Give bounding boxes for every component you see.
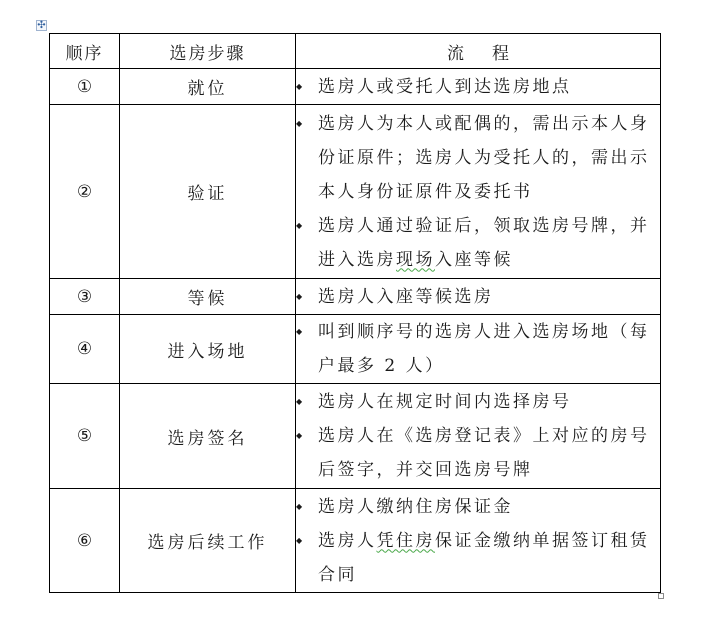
header-flow: 流程 (296, 34, 661, 69)
table-resize-handle[interactable] (658, 593, 664, 599)
selection-procedure-table: 顺序 选房步骤 流程 ① 就位 ◆ 选房人或受托人到达选房地点 ② 验证 ◆ 选… (49, 33, 661, 593)
spellcheck-marked-text[interactable]: 现场 (396, 250, 435, 270)
flow-bullet-text: 选房人为本人或配偶的，需出示本人身份证原件；选房人为受托人的，需出示本人身份证原… (318, 107, 660, 209)
flow-cell: ◆ 选房人入座等候选房 (296, 279, 661, 315)
table-header-row: 顺序 选房步骤 流程 (50, 34, 661, 69)
text-segment: 选房人 (318, 531, 377, 551)
step-cell: 验证 (120, 105, 296, 279)
flow-cell: ◆ 选房人或受托人到达选房地点 (296, 69, 661, 105)
flow-bullet-text: 选房人或受托人到达选房地点 (318, 70, 660, 104)
step-cell: 就位 (120, 69, 296, 105)
order-cell: ⑥ (50, 489, 120, 593)
step-cell: 选房签名 (120, 384, 296, 489)
flow-bullet: ◆ 选房人入座等候选房 (296, 280, 660, 314)
flow-bullet: ◆ 选房人缴纳住房保证金 (296, 490, 660, 524)
flow-bullet-text: 选房人缴纳住房保证金 (318, 490, 660, 524)
flow-bullet-text: 选房人凭住房保证金缴纳单据签订租赁合同 (318, 524, 660, 592)
header-step: 选房步骤 (120, 34, 296, 69)
table-row: ⑥ 选房后续工作 ◆ 选房人缴纳住房保证金 ◆ 选房人凭住房保证金缴纳单据签订租… (50, 489, 661, 593)
flow-bullet: ◆ 选房人在规定时间内选择房号 (296, 385, 660, 419)
step-cell: 等候 (120, 279, 296, 315)
flow-bullet: ◆ 选房人为本人或配偶的，需出示本人身份证原件；选房人为受托人的，需出示本人身份… (296, 107, 660, 209)
text-segment: 入座等候 (435, 250, 513, 270)
flow-bullet: ◆ 叫到顺序号的选房人进入选房场地（每户最多 2 人） (296, 315, 660, 383)
table-row: ① 就位 ◆ 选房人或受托人到达选房地点 (50, 69, 661, 105)
diamond-bullet-icon: ◆ (296, 280, 318, 314)
flow-bullet: ◆ 选房人或受托人到达选房地点 (296, 70, 660, 104)
table-move-handle-icon[interactable]: ✣ (36, 20, 47, 31)
table-row: ⑤ 选房签名 ◆ 选房人在规定时间内选择房号 ◆ 选房人在《选房登记表》上对应的… (50, 384, 661, 489)
flow-cell: ◆ 叫到顺序号的选房人进入选房场地（每户最多 2 人） (296, 315, 661, 384)
order-cell: ① (50, 69, 120, 105)
diamond-bullet-icon: ◆ (296, 385, 318, 419)
flow-bullet-text: 选房人通过验证后，领取选房号牌，并进入选房现场入座等候 (318, 209, 660, 277)
diamond-bullet-icon: ◆ (296, 315, 318, 349)
flow-bullet-text: 叫到顺序号的选房人进入选房场地（每户最多 2 人） (318, 315, 660, 383)
flow-bullet: ◆ 选房人凭住房保证金缴纳单据签订租赁合同 (296, 524, 660, 592)
diamond-bullet-icon: ◆ (296, 107, 318, 141)
header-order: 顺序 (50, 34, 120, 69)
flow-cell: ◆ 选房人为本人或配偶的，需出示本人身份证原件；选房人为受托人的，需出示本人身份… (296, 105, 661, 279)
diamond-bullet-icon: ◆ (296, 490, 318, 524)
diamond-bullet-icon: ◆ (296, 70, 318, 104)
order-cell: ② (50, 105, 120, 279)
flow-bullet-text: 选房人在《选房登记表》上对应的房号后签字，并交回选房号牌 (318, 419, 660, 487)
spellcheck-marked-text[interactable]: 凭住房 (377, 531, 436, 551)
order-cell: ⑤ (50, 384, 120, 489)
table-row: ③ 等候 ◆ 选房人入座等候选房 (50, 279, 661, 315)
diamond-bullet-icon: ◆ (296, 524, 318, 558)
table-row: ④ 进入场地 ◆ 叫到顺序号的选房人进入选房场地（每户最多 2 人） (50, 315, 661, 384)
table-row: ② 验证 ◆ 选房人为本人或配偶的，需出示本人身份证原件；选房人为受托人的，需出… (50, 105, 661, 279)
step-cell: 选房后续工作 (120, 489, 296, 593)
flow-bullet: ◆ 选房人通过验证后，领取选房号牌，并进入选房现场入座等候 (296, 209, 660, 277)
header-flow-char-2: 程 (492, 44, 509, 64)
diamond-bullet-icon: ◆ (296, 209, 318, 243)
flow-cell: ◆ 选房人在规定时间内选择房号 ◆ 选房人在《选房登记表》上对应的房号后签字，并… (296, 384, 661, 489)
flow-cell: ◆ 选房人缴纳住房保证金 ◆ 选房人凭住房保证金缴纳单据签订租赁合同 (296, 489, 661, 593)
order-cell: ④ (50, 315, 120, 384)
header-flow-char-1: 流 (447, 44, 464, 64)
flow-bullet-text: 选房人入座等候选房 (318, 280, 660, 314)
flow-bullet-text: 选房人在规定时间内选择房号 (318, 385, 660, 419)
diamond-bullet-icon: ◆ (296, 419, 318, 453)
step-cell: 进入场地 (120, 315, 296, 384)
order-cell: ③ (50, 279, 120, 315)
flow-bullet: ◆ 选房人在《选房登记表》上对应的房号后签字，并交回选房号牌 (296, 419, 660, 487)
